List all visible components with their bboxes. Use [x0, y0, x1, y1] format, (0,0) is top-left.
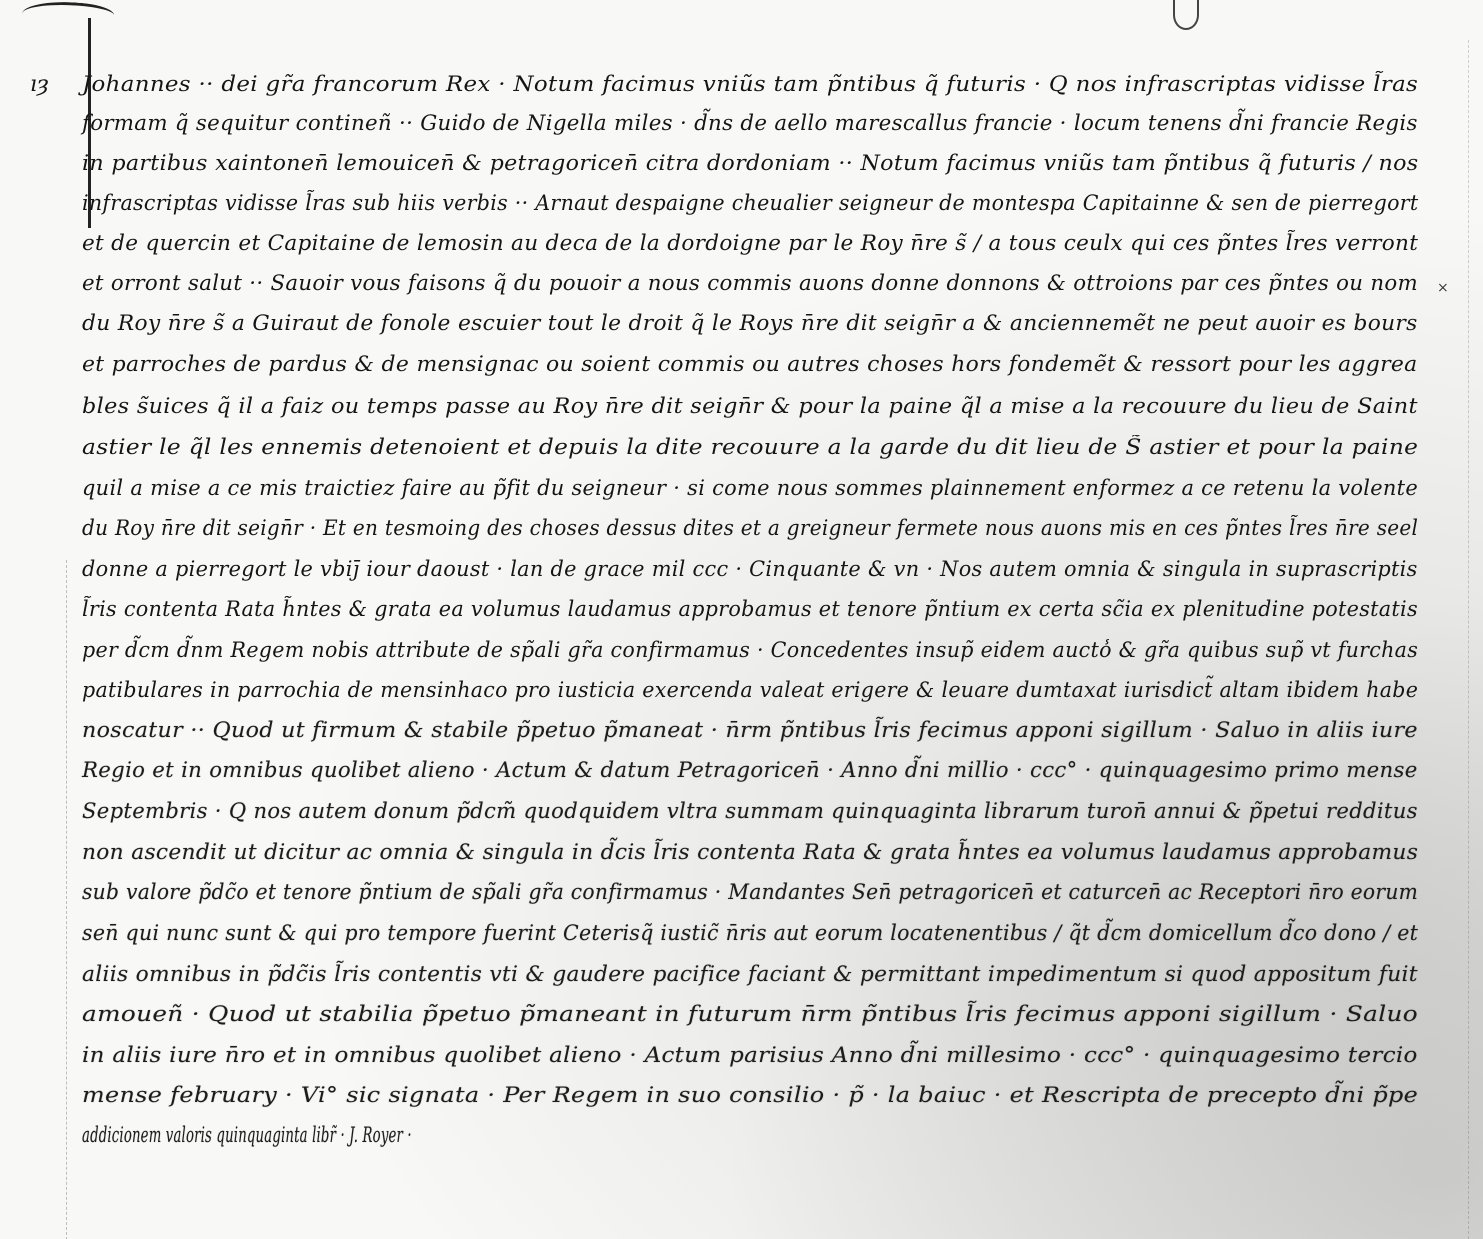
manuscript-line: sen̄ qui nunc sunt & qui pro tempore fue…: [82, 923, 1418, 944]
manuscript-line: bles s̃uices q̃ il a faiz ou temps passe…: [82, 396, 1418, 417]
manuscript-line: per d̃cm d̃nm Regem nobis attribute de s…: [82, 640, 1418, 661]
manuscript-line: et parroches de pardus & de mensignac ou…: [82, 354, 1418, 375]
manuscript-line: astier le q̃l les ennemis detenoient et …: [82, 437, 1418, 458]
right-margin-rule: [1468, 40, 1470, 1239]
manuscript-line: mense february · Vi° sic signata · Per R…: [82, 1085, 1418, 1106]
manuscript-line: l̃ris contenta Rata h̃ntes & grata ea vo…: [82, 599, 1418, 620]
manuscript-line: amoueñ · Quod ut stabilia p̃petuo p̃mane…: [82, 1004, 1418, 1025]
manuscript-line: Septembris · Q nos autem donum p̃dcm̃ qu…: [82, 801, 1418, 822]
manuscript-line: addicionem valoris quinquaginta libr̃ · …: [82, 1125, 412, 1146]
manuscript-line: du Roy n̄re s̃ a Guiraut de fonole escui…: [82, 313, 1418, 334]
manuscript-line: et de quercin et Capitaine de lemosin au…: [82, 233, 1418, 254]
manuscript-line: in partibus xaintonen̄ lemouicen̄ & petr…: [82, 153, 1418, 174]
manuscript-line: aliis omnibus in p̃dc̃is l̃ris contentis…: [82, 964, 1418, 985]
manuscript-line: du Roy n̄re dit seign̄r · Et en tesmoing…: [82, 518, 1418, 539]
manuscript-line: sub valore p̃dc̃o et tenore p̃ntium de s…: [82, 882, 1418, 903]
manuscript-line: Johannes ·· dei gr̃a francorum Rex · Not…: [82, 74, 1418, 95]
manuscript-line: et orront salut ·· Sauoir vous faisons q…: [82, 273, 1418, 294]
manuscript-line: formam q̃ sequitur contineñ ·· Guido de …: [82, 113, 1418, 134]
left-margin-rule: [66, 560, 68, 1239]
manuscript-line: quil a mise a ce mis traictiez faire au …: [82, 478, 1418, 499]
manuscript-line: donne a pierregort le vbij̄ iour daoust …: [82, 559, 1418, 580]
manuscript-line: Regio et in omnibus quolibet alieno · Ac…: [82, 760, 1418, 781]
decorated-initial-flourish: [21, 0, 115, 30]
manuscript-line: infrascriptas vidisse l̃ras sub hiis ver…: [82, 193, 1418, 214]
manuscript-line: noscatur ·· Quod ut firmum & stabile p̃p…: [82, 720, 1418, 741]
ascender-loop: [1173, 0, 1199, 30]
margin-annotation-mark: ×: [1437, 280, 1449, 296]
margin-folio-mark: ıȝ: [30, 72, 49, 97]
manuscript-line: non ascendit ut dicitur ac omnia & singu…: [82, 842, 1418, 863]
manuscript-page: ıȝ × Johannes ·· dei gr̃a francorum Rex …: [0, 0, 1483, 1239]
manuscript-line: patibulares in parrochia de mensinhaco p…: [82, 680, 1418, 701]
manuscript-line: in aliis iure n̄ro et in omnibus quolibe…: [82, 1045, 1418, 1066]
